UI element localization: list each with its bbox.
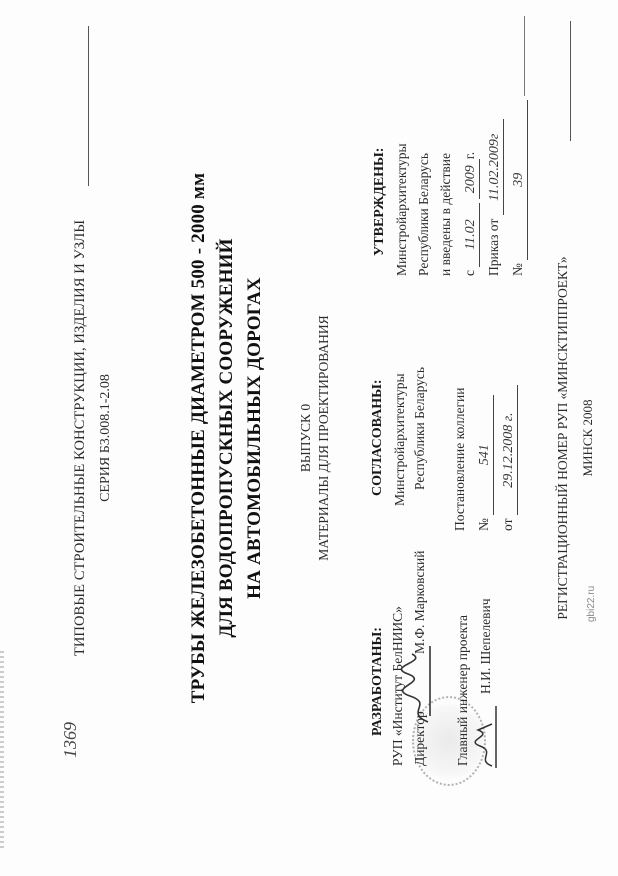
- approved-line-1: Минстройархитектуры: [394, 143, 410, 276]
- agreed-heading: СОГЛАСОВАНЫ:: [370, 379, 386, 496]
- resolution-number: 541: [477, 395, 494, 515]
- series-title: ТИПОВЫЕ СТРОИТЕЛЬНЫЕ КОНСТРУКЦИИ, ИЗДЕЛИ…: [72, 0, 89, 876]
- resolution-date-label: от: [500, 519, 515, 531]
- resolution-date: 29.12.2008 г.: [501, 385, 518, 515]
- issue-number: ВЫПУСК 0: [298, 0, 314, 876]
- order-number-label: №: [510, 263, 525, 276]
- effective-suffix: г.: [462, 152, 477, 159]
- title-line-3: НА АВТОМОБИЛЬНЫХ ДОРОГАХ: [244, 0, 266, 876]
- title-page: 1369 ТИПОВЫЕ СТРОИТЕЛЬНЫЕ КОНСТРУКЦИИ, И…: [0, 0, 618, 876]
- chief-engineer-name: Н.И. Шепелевич: [478, 598, 494, 694]
- issue-subtitle: МАТЕРИАЛЫ ДЛЯ ПРОЕКТИРОВАНИЯ: [316, 0, 332, 876]
- developed-heading: РАЗРАБОТАНЫ:: [370, 627, 386, 736]
- agreed-line-1: Минстройархитектуры: [392, 373, 408, 506]
- scanned-document: 1369 ТИПОВЫЕ СТРОИТЕЛЬНЫЕ КОНСТРУКЦИИ, И…: [0, 0, 618, 876]
- effective-date: 11.02: [463, 203, 480, 267]
- resolution-label: Постановление коллегии: [452, 388, 468, 532]
- effective-prefix: с: [462, 270, 477, 276]
- title-line-1: ТРУБЫ ЖЕЛЕЗОБЕТОННЫЕ ДИАМЕТРОМ 500 - 200…: [188, 0, 210, 876]
- title-line-2: ДЛЯ ВОДОПРОПУСКНЫХ СООРУЖЕНИЙ: [216, 0, 238, 876]
- chief-engineer-signature: [470, 700, 500, 770]
- order-number-row: № 39: [510, 100, 528, 276]
- effective-date-row: с 11.02 2009г.: [462, 152, 480, 276]
- watermark: gbi22.ru: [586, 586, 597, 622]
- order-date: 11.02.2009г: [487, 119, 504, 215]
- order-number: 39: [511, 100, 528, 260]
- series-underline: [88, 26, 89, 186]
- city-year: МИНСК 2008: [580, 0, 596, 876]
- director-name: М.Ф. Марковский: [412, 551, 428, 654]
- agreed-line-2: Республики Беларусь: [412, 367, 428, 490]
- approved-line-2: Республики Беларусь: [416, 153, 432, 276]
- effective-year: 2009: [463, 159, 480, 199]
- approved-line-3: и введены в действие: [438, 153, 454, 276]
- order-label: Приказ от: [486, 219, 501, 276]
- scan-artifact: [0, 648, 4, 848]
- registration-number: РЕГИСТРАЦИОННЫЙ НОМЕР РУП «МИНСКТИППРОЕК…: [555, 0, 571, 876]
- resolution-number-row: № 541: [476, 395, 494, 531]
- order-row: Приказ от 11.02.2009г: [486, 119, 504, 276]
- resolution-date-row: от 29.12.2008 г.: [500, 385, 518, 531]
- margin-line: [524, 16, 525, 96]
- chief-engineer-label: Главный инженер проекта: [455, 615, 471, 766]
- registration-underline: [570, 21, 571, 141]
- approved-heading: УТВЕРЖДЕНЫ:: [372, 148, 388, 256]
- series-code: СЕРИЯ Б3.008.1-2.08: [98, 0, 114, 876]
- resolution-number-label: №: [476, 518, 491, 531]
